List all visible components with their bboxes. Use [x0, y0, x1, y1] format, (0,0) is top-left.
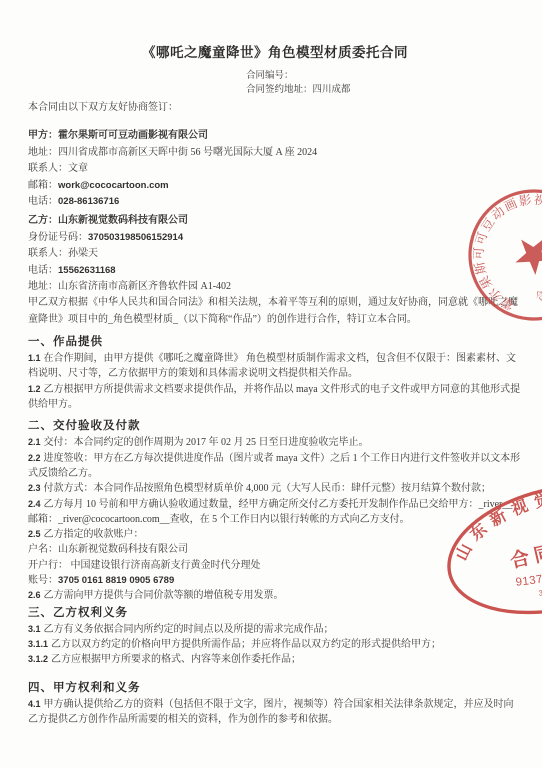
party-b-contact-line: 联系人：孙梁天 [28, 246, 522, 262]
party-b-address: 山东省济南市高新区齐鲁软件园 A1-402 [58, 281, 231, 292]
party-b-seal-code2-text: 3701120081 [537, 576, 542, 599]
contact-label: 联系人： [28, 248, 68, 259]
contract-body: 《哪吒之魔童降世》角色模型材质委托合同 合同编号： 合同签约地址：四川成都 本合… [28, 0, 522, 727]
account-name: 山东新视觉数码科技有限公司 [58, 544, 188, 555]
party-b-seal-code2: 3701120081 [537, 576, 542, 599]
party-b-phone: 15562631168 [58, 265, 116, 276]
clause-2-5-number: 2.5 [28, 529, 41, 539]
clause-1-1-number: 1.1 [28, 353, 41, 363]
clause-4-1: 4.1甲方确认提供给乙方的资料（包括但不限于文字，图片，视频等）符合国家相关法律… [28, 697, 522, 728]
phone-label: 电话： [28, 265, 58, 276]
intro-line: 本合同由以下双方友好协商签订： [28, 100, 522, 115]
clause-2-1-number: 2.1 [28, 437, 41, 447]
party-a-address: 四川省成都市高新区天晖中街 56 号曙光国际大厦 A 座 2024 [58, 147, 317, 158]
clause-2-4-number: 2.4 [28, 499, 41, 509]
clause-2-6-number: 2.6 [28, 590, 41, 600]
party-a-block: 甲方：霍尔果斯可可豆动画影视有限公司 地址：四川省成都市高新区天晖中街 56 号… [28, 128, 522, 210]
clause-3-1-text: 乙方有义务依据合同内所约定的时间点以及所提的需求完成作品； [44, 624, 334, 635]
party-b-phone-line: 电话：15562631168 [28, 263, 522, 279]
clause-2-4: 2.4乙方每月 10 号前和甲方确认验收通过数量，经甲方确定所交付乙方委托开发制… [28, 497, 522, 528]
clause-2-3-number: 2.3 [28, 483, 41, 493]
clause-3-1-1: 3.1.1乙方以双方约定的价格向甲方提供所需作品；并应将作品以双方约定的形式提供… [28, 637, 522, 652]
clause-3-1: 3.1乙方有义务依据合同内所约定的时间点以及所提的需求完成作品； [28, 622, 522, 637]
party-b-company-name: 山东新视觉数码科技有限公司 [58, 215, 188, 226]
party-a-email-line: 邮箱：work@cococartoon.com [28, 178, 522, 194]
clause-3-1-2-text: 乙方应根据甲方所要求的格式、内容等来创作委托作品； [51, 654, 301, 665]
clause-4-1-text: 甲方确认提供给乙方的资料（包括但不限于文字，图片，视频等）符合国家相关法律条款规… [28, 699, 514, 725]
clause-2-1-text: 交付：本合同约定的创作周期为 2017 年 02 月 25 日至日进度验收完毕止… [44, 437, 369, 448]
clause-1-2-text: 乙方根据甲方所提供需求文档要求提供作品，并将作品以 maya 文件形式的电子文件… [28, 384, 520, 410]
clause-2-5: 2.5乙方指定的收款账户： [28, 527, 522, 542]
party-a-phone-line: 电话：028-86136716 [28, 194, 522, 210]
email-label: 邮箱： [28, 180, 58, 191]
contact-label: 联系人： [28, 163, 68, 174]
contract-preamble: 甲乙双方根据《中华人民共和国合同法》和相关法规，本着平等互利的原则，通过友好协商… [28, 295, 522, 328]
bank-name: 中国建设银行济南高新支行黄金时代分理处 [71, 560, 261, 571]
clause-1-2: 1.2乙方根据甲方所提供需求文档要求提供作品，并将作品以 maya 文件形式的电… [28, 382, 522, 413]
clause-2-2-text: 进度签收：甲方在乙方每次提供进度作品（图片或者 maya 文件）之后 1 个工作… [28, 453, 520, 479]
party-a-contact-line: 联系人：文章 [28, 161, 522, 177]
address-label: 地址： [28, 147, 58, 158]
clause-2-4-text: 乙方每月 10 号前和甲方确认验收通过数量，经甲方确定所交付乙方委托开发制作作品… [28, 499, 512, 525]
clause-1-1: 1.1在合作期间，由甲方提供《哪吒之魔童降世》 角色模型材质制作需求文档，包含但… [28, 351, 522, 382]
id-label: 身份证号码： [28, 232, 88, 243]
party-b-id: 370503198506152914 [88, 232, 183, 243]
contract-meta: 合同编号： 合同签约地址：四川成都 [246, 69, 522, 97]
party-b-name-line: 乙方：山东新视觉数码科技有限公司 [28, 213, 522, 229]
clause-2-6-text: 乙方需向甲方提供与合同价款等额的增值税专用发票。 [44, 590, 284, 601]
account-number-label: 账号： [28, 575, 58, 586]
account-number: 3705 0161 8819 0905 6789 [58, 575, 174, 586]
clause-3-1-number: 3.1 [28, 624, 41, 634]
section-3-heading: 三、乙方权利义务 [28, 606, 522, 621]
clause-3-1-2: 3.1.2乙方应根据甲方所要求的格式、内容等来创作委托作品； [28, 652, 522, 667]
party-b-block: 乙方：山东新视觉数码科技有限公司 身份证号码：37050319850615291… [28, 213, 522, 328]
clause-4-1-number: 4.1 [28, 699, 41, 709]
clause-2-3: 2.3付款方式：本合同作品按照角色模型材质单价 4,000 元（大写人民币：肆仟… [28, 481, 522, 496]
party-a-address-line: 地址：四川省成都市高新区天晖中街 56 号曙光国际大厦 A 座 2024 [28, 145, 522, 161]
clause-1-2-number: 1.2 [28, 384, 41, 394]
party-b-contact: 孙梁天 [68, 248, 98, 259]
contract-number-line: 合同编号： [246, 69, 522, 83]
account-name-label: 户名： [28, 544, 58, 555]
party-a-contact: 文章 [68, 163, 88, 174]
account-name-line: 户名：山东新视觉数码科技有限公司 [28, 542, 522, 557]
clause-2-2: 2.2进度签收：甲方在乙方每次提供进度作品（图片或者 maya 文件）之后 1 … [28, 451, 522, 482]
clause-2-6: 2.6乙方需向甲方提供与合同价款等额的增值税专用发票。 [28, 588, 522, 603]
contract-title: 《哪吒之魔童降世》角色模型材质委托合同 [28, 44, 522, 61]
clause-3-1-1-text: 乙方以双方约定的价格向甲方提供所需作品；并应将作品以双方约定的形式提供给甲方； [51, 639, 441, 650]
clause-3-1-2-number: 3.1.2 [28, 654, 48, 664]
section-1-heading: 一、作品提供 [28, 335, 522, 350]
contract-page: 《哪吒之魔童降世》角色模型材质委托合同 合同编号： 合同签约地址：四川成都 本合… [0, 0, 542, 768]
address-label: 地址： [28, 281, 58, 292]
party-a-seal-caption: 合同专用 [533, 261, 542, 304]
party-b-id-line: 身份证号码：370503198506152914 [28, 230, 522, 246]
clause-2-2-number: 2.2 [28, 453, 41, 463]
phone-label: 电话： [28, 196, 58, 207]
bank-label: 开户行： [28, 560, 68, 571]
clause-3-1-1-number: 3.1.1 [28, 639, 48, 649]
clause-2-5-text: 乙方指定的收款账户： [44, 529, 144, 540]
party-a-name-line: 甲方：霍尔果斯可可豆动画影视有限公司 [28, 128, 522, 144]
clause-2-1: 2.1交付：本合同约定的创作周期为 2017 年 02 月 25 日至日进度验收… [28, 435, 522, 450]
section-4-heading: 四、甲方权利和义务 [28, 681, 522, 696]
clause-2-3-text: 付款方式：本合同作品按照角色模型材质单价 4,000 元（大写人民币：肆仟元整）… [44, 483, 492, 494]
bank-line: 开户行： 中国建设银行济南高新支行黄金时代分理处 [28, 558, 522, 573]
clause-1-1-text: 在合作期间，由甲方提供《哪吒之魔童降世》 角色模型材质制作需求文档，包含但不仅限… [28, 353, 516, 379]
party-a-phone: 028-86136716 [58, 196, 119, 207]
party-a-company-name: 霍尔果斯可可豆动画影视有限公司 [58, 130, 208, 141]
section-2-heading: 二、交付验收及付款 [28, 419, 522, 434]
party-b-role-label: 乙方： [28, 215, 58, 226]
account-number-line: 账号：3705 0161 8819 0905 6789 [28, 573, 522, 588]
sign-place-line: 合同签约地址：四川成都 [246, 83, 522, 97]
party-a-email: work@cococartoon.com [58, 180, 169, 191]
party-b-address-line: 地址：山东省济南市高新区齐鲁软件园 A1-402 [28, 279, 522, 295]
party-a-role-label: 甲方： [28, 130, 58, 141]
